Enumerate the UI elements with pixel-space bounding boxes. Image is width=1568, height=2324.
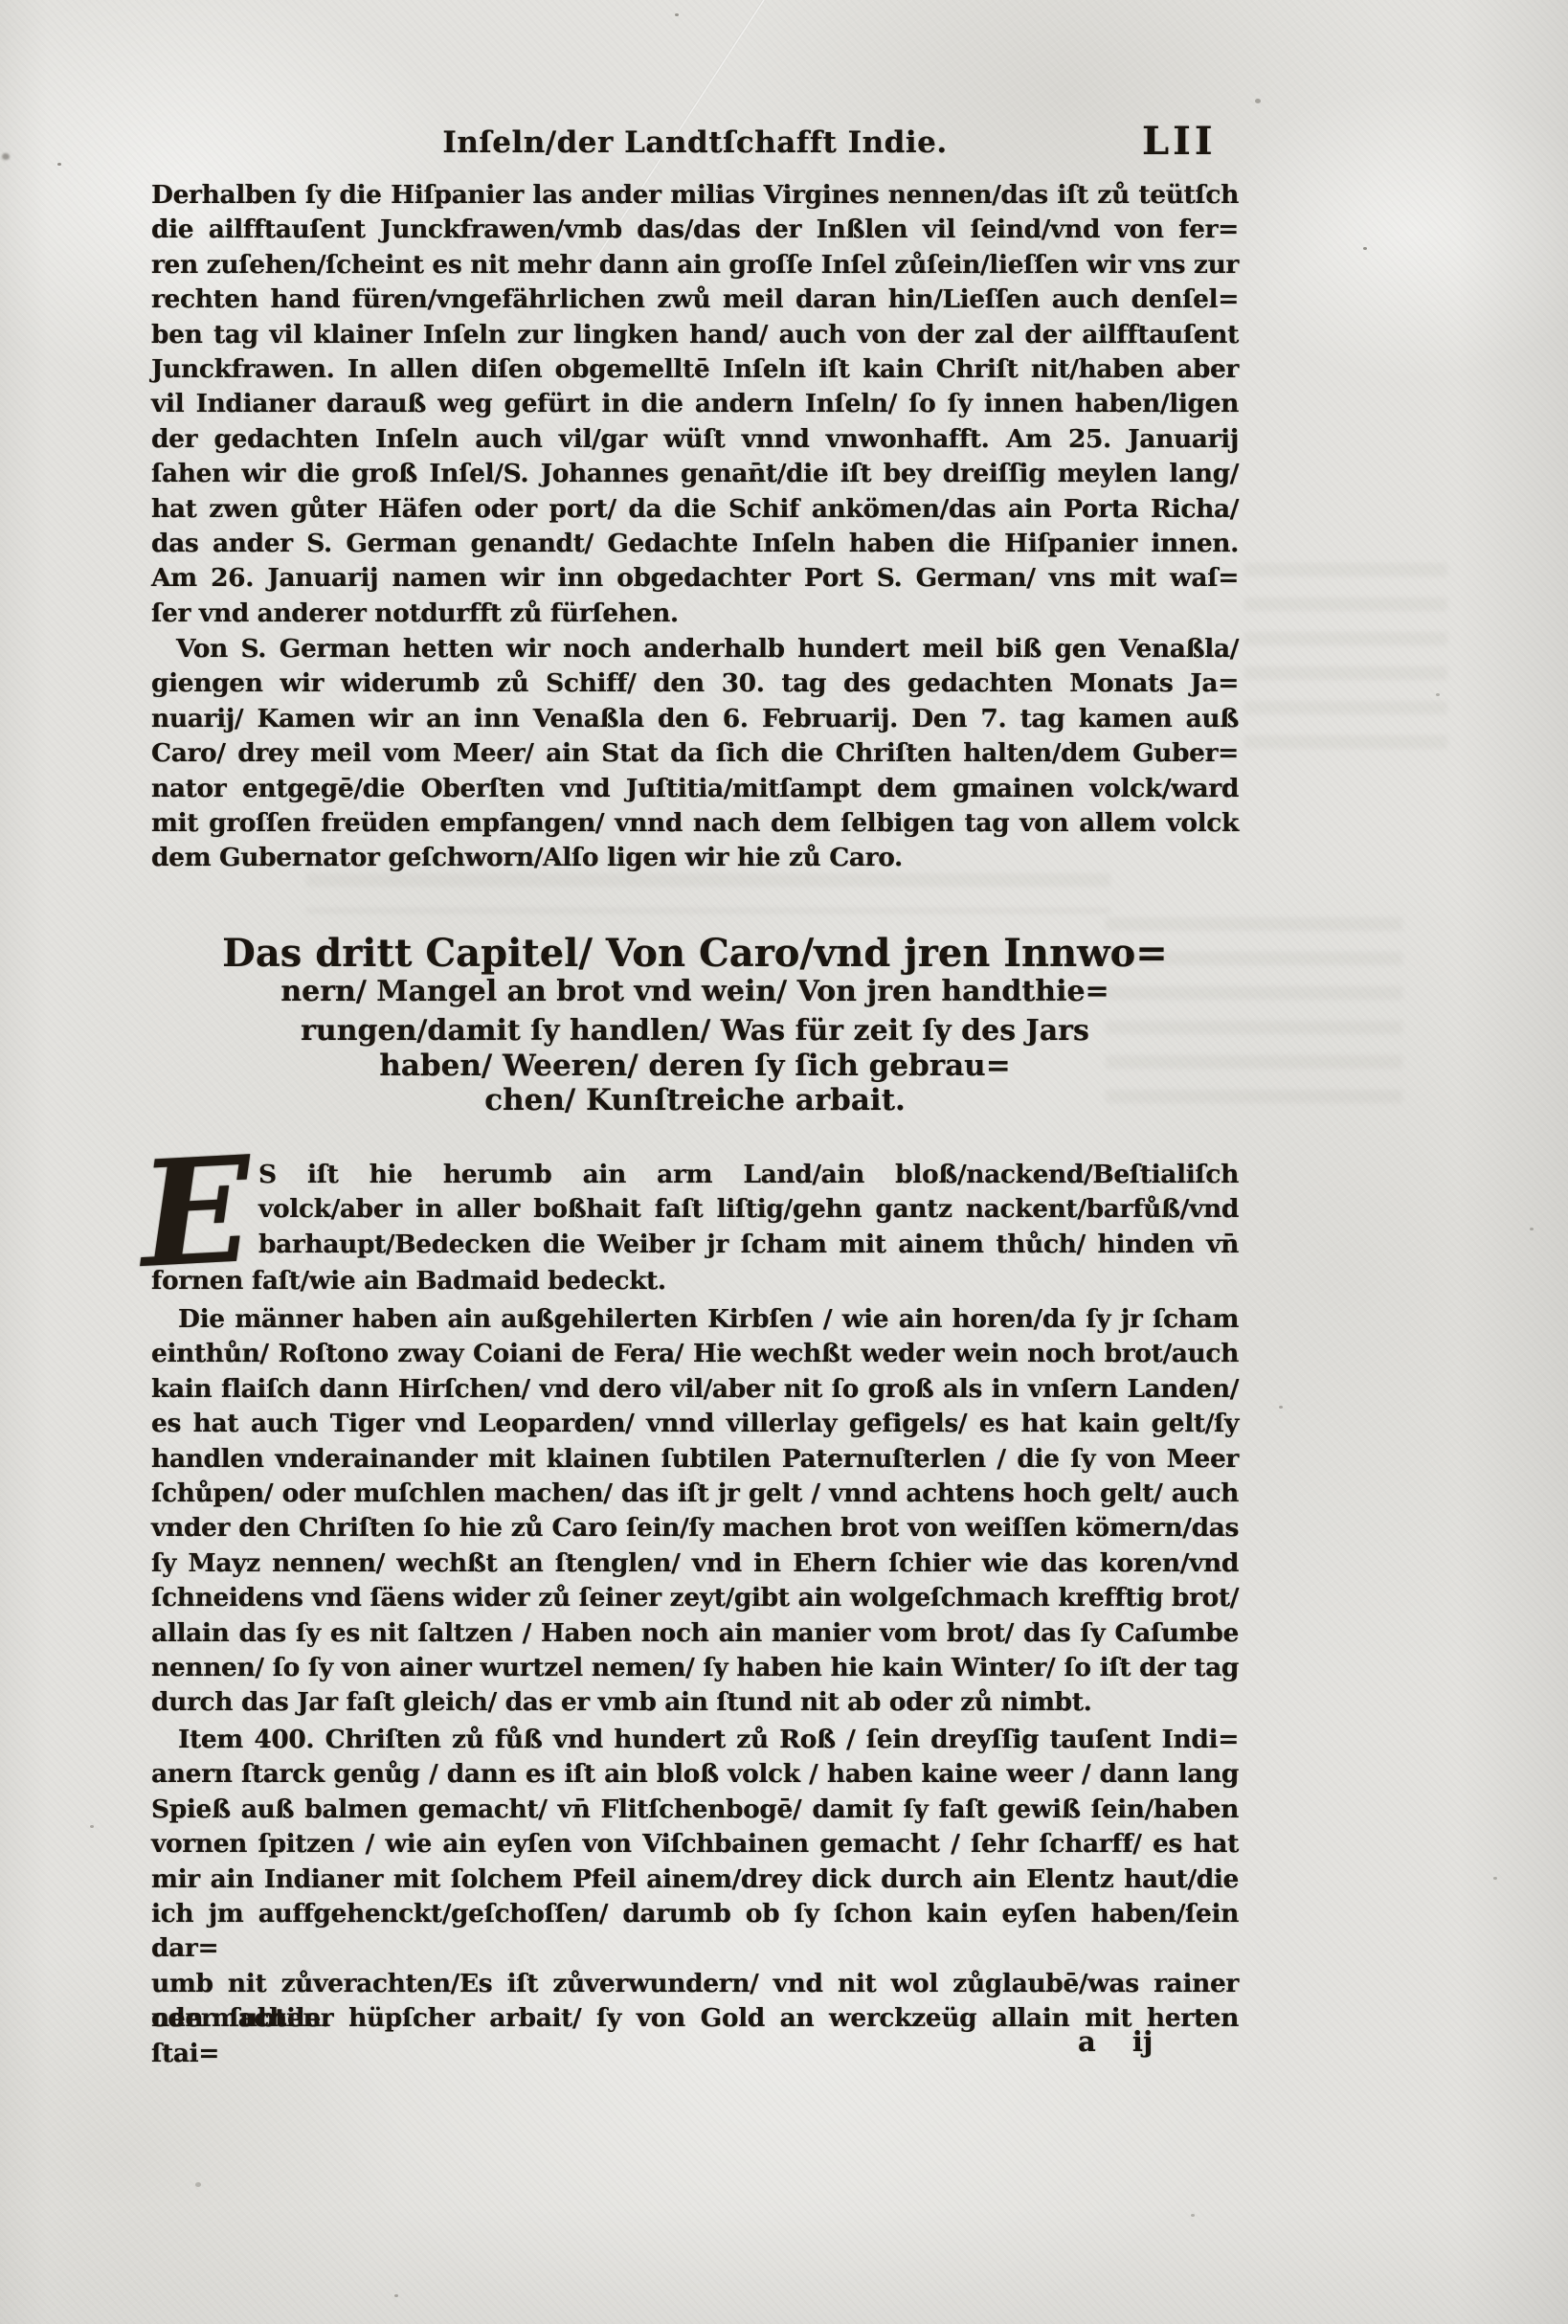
paragraph-4-body: Die männer haben ain außgehilerten Kirbſ…	[151, 1302, 1239, 1685]
running-title: Inſeln/der Landtſchafft Indie.	[151, 125, 1239, 160]
signature-mark: a ij	[1078, 2025, 1153, 2058]
paragraph-1-body: Derhalben ſy die Hiſpanier las ander mil…	[151, 178, 1239, 597]
chapter-heading-line-4: haben/ Weeren/ deren ſy ſich gebrau=	[151, 1049, 1239, 1083]
ink-showthrough-right-margin	[1244, 563, 1447, 762]
page-number: LII	[1142, 119, 1217, 164]
chapter-heading-line-3: rungen/damit ſy handlen/ Was für zeit ſy…	[151, 1014, 1239, 1048]
paragraph-2-last-line: dem Gubernator geſchworn/Alſo ligen wir …	[151, 841, 1239, 875]
paragraph-1-last-line: ſer vnd anderer notdurfft zů fürſehen.	[151, 597, 1239, 631]
scanned-book-page: Inſeln/der Landtſchafft Indie. LII Derha…	[0, 0, 1568, 2324]
paragraph-2-body: Von S. German hetten wir noch anderhalb …	[151, 632, 1239, 841]
paragraph-4-last-line: durch das Jar faſt gleich/ das er vmb ai…	[151, 1685, 1239, 1720]
paper-specks	[57, 163, 61, 166]
chapter-heading-line-1: Das dritt Capitel/ Von Caro/vnd jren Inn…	[151, 931, 1239, 976]
ink-showthrough-band	[306, 873, 1110, 914]
paragraph-3-last-line: fornen faſt/wie ain Badmaid bedeckt.	[151, 1264, 1239, 1298]
paragraph-5-last-line: nen machen.	[151, 2001, 1239, 2036]
chapter-heading-line-2: nern/ Mangel an brot vnd wein/ Von jren …	[151, 975, 1239, 1008]
chapter-heading-line-5: chen/ Kunſtreiche arbait.	[151, 1083, 1239, 1117]
paragraph-3-body: S iſt hie herumb ain arm Land/ain bloß/n…	[258, 1158, 1239, 1262]
